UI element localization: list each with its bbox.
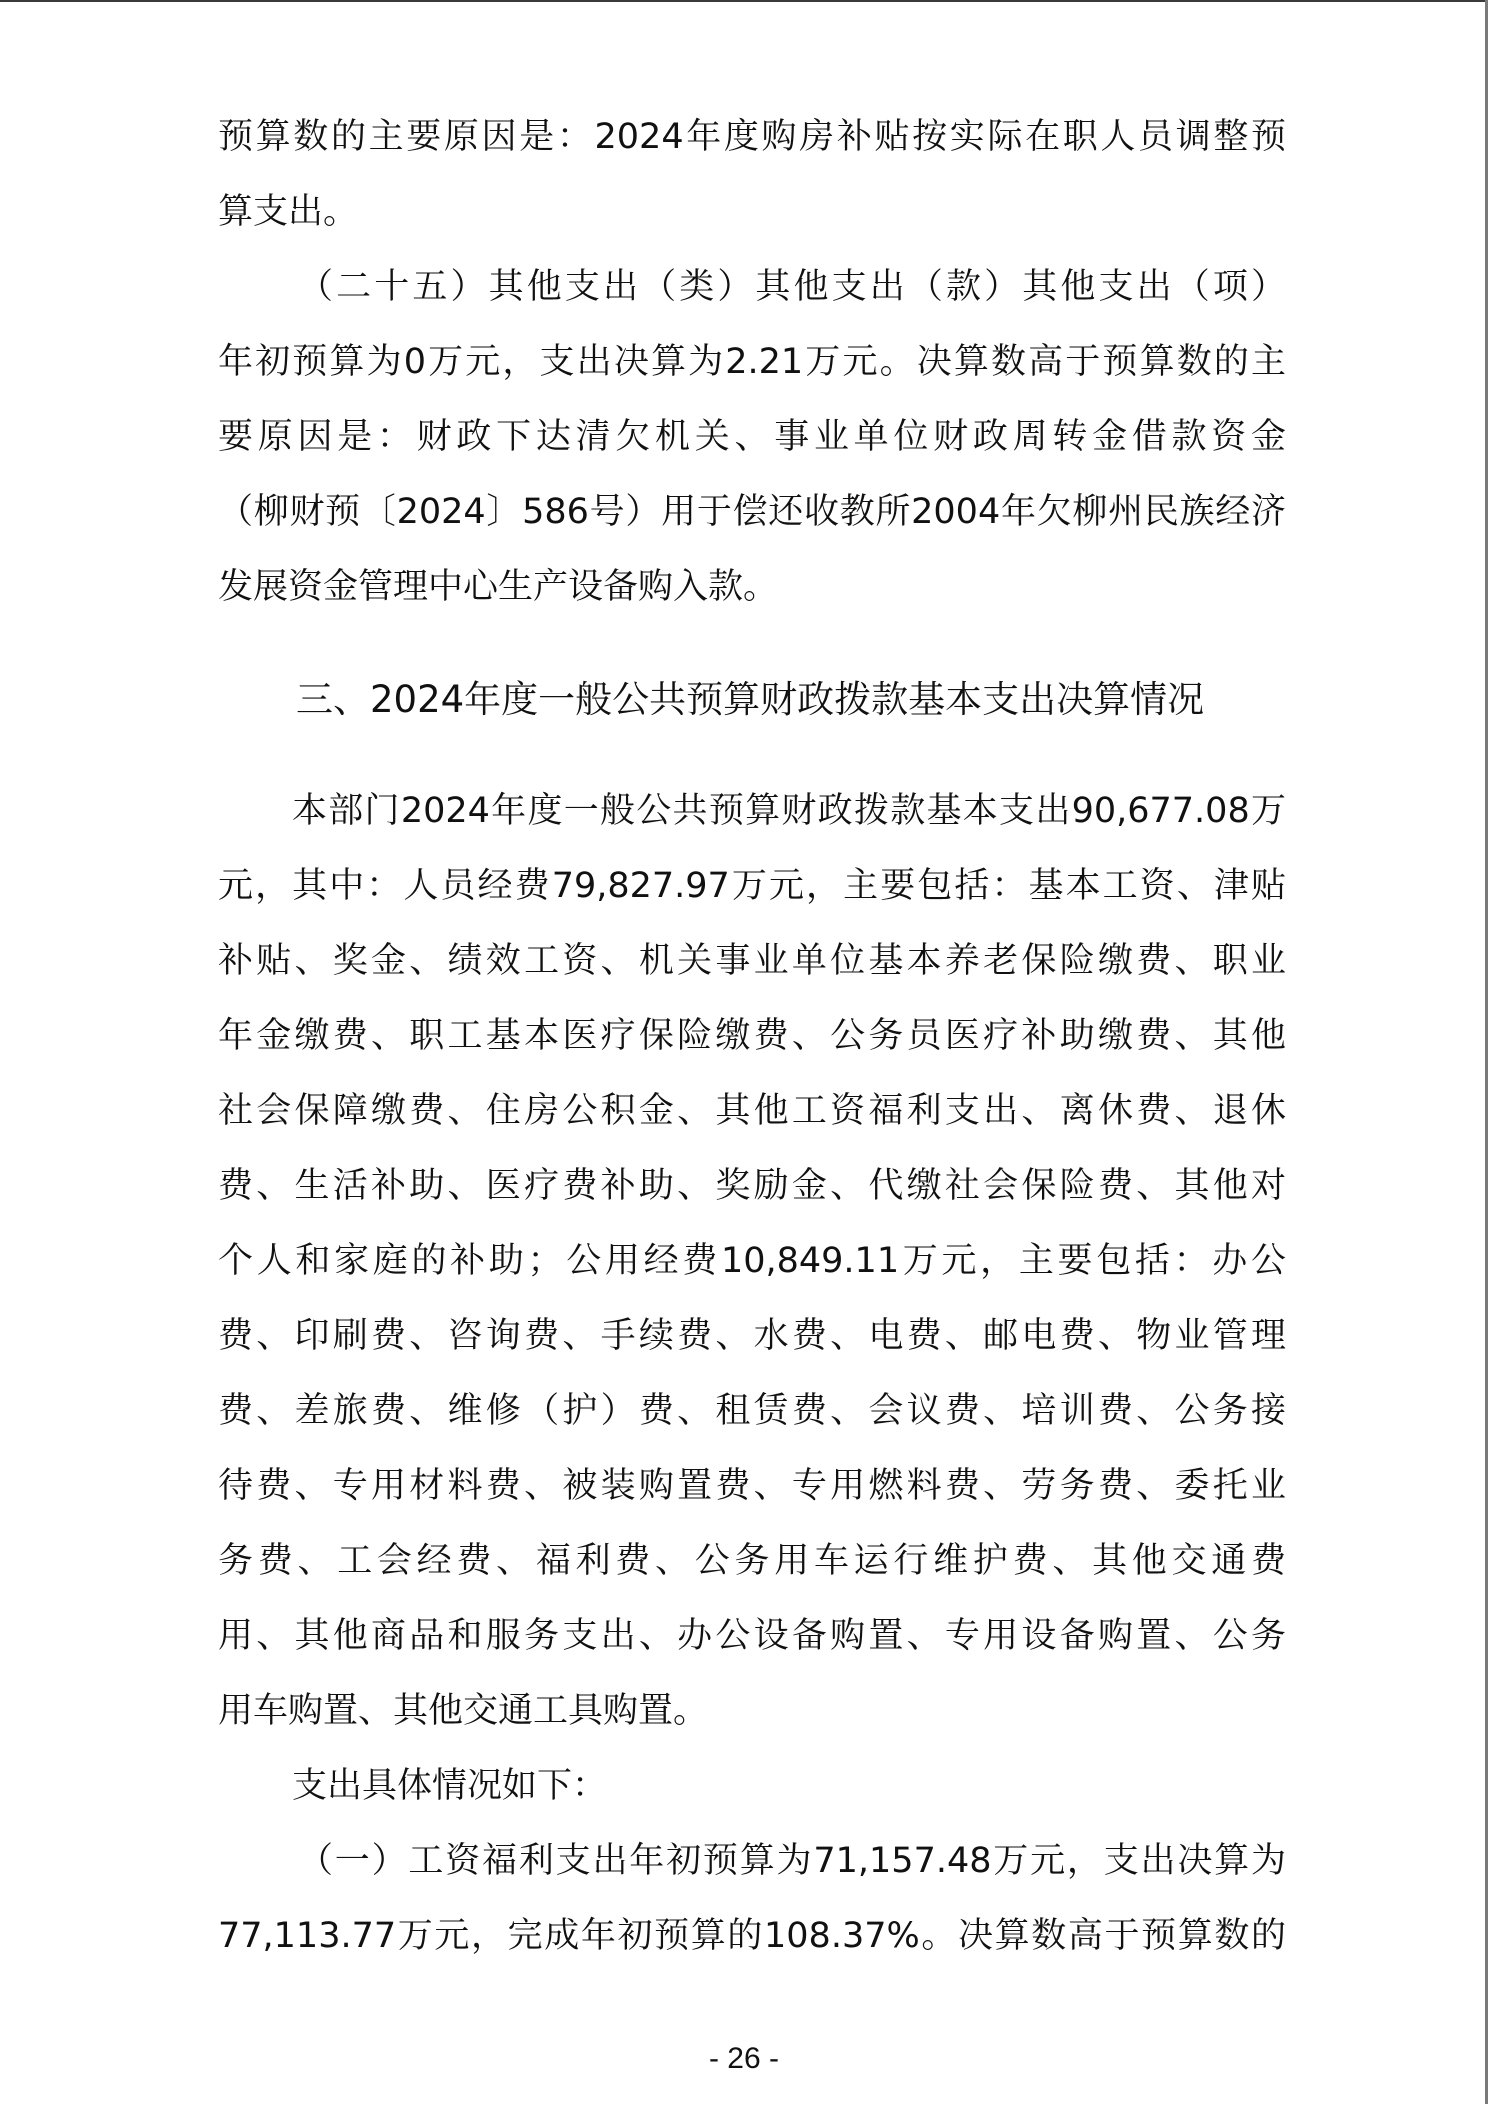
- text-line: 费、差旅费、维修（护）费、租赁费、会议费、培训费、公务接: [218, 1374, 1286, 1449]
- document-body: 预算数的主要原因是：2024年度购房补贴按实际在职人员调整预 算支出。 （二十五…: [218, 100, 1286, 1974]
- text-line: 用、其他商品和服务支出、办公设备购置、专用设备购置、公务: [218, 1599, 1286, 1674]
- section-heading: 三、2024年度一般公共预算财政拨款基本支出决算情况: [218, 662, 1286, 737]
- paragraph-basic-expenditure: 本部门2024年度一般公共预算财政拨款基本支出90,677.08万 元，其中：人…: [218, 774, 1286, 1749]
- page-border-top: [0, 0, 1488, 2]
- text-line: 算支出。: [218, 175, 1286, 250]
- text-line: 费、印刷费、咨询费、手续费、水费、电费、邮电费、物业管理: [218, 1299, 1286, 1374]
- text-line: 发展资金管理中心生产设备购入款。: [218, 550, 1286, 625]
- text-line: 务费、工会经费、福利费、公务用车运行维护费、其他交通费: [218, 1524, 1286, 1599]
- text-line: 年金缴费、职工基本医疗保险缴费、公务员医疗补助缴费、其他: [218, 999, 1286, 1074]
- text-line: （一）工资福利支出年初预算为71,157.48万元，支出决算为: [218, 1824, 1286, 1899]
- text-line: 社会保障缴费、住房公积金、其他工资福利支出、离休费、退休: [218, 1074, 1286, 1149]
- text-line: （柳财预〔2024〕586号）用于偿还收教所2004年欠柳州民族经济: [218, 475, 1286, 550]
- text-line: 要原因是：财政下达清欠机关、事业单位财政周转金借款资金: [218, 400, 1286, 475]
- text-line: 个人和家庭的补助；公用经费10,849.11万元，主要包括：办公: [218, 1224, 1286, 1299]
- text-line: （二十五）其他支出（类）其他支出（款）其他支出（项）: [218, 250, 1286, 325]
- page-number: - 26 -: [0, 2042, 1488, 2076]
- text-line: 用车购置、其他交通工具购置。: [218, 1674, 1286, 1749]
- text-line: 77,113.77万元，完成年初预算的108.37%。决算数高于预算数的: [218, 1899, 1286, 1974]
- paragraph-25-other-expenditure: （二十五）其他支出（类）其他支出（款）其他支出（项） 年初预算为0万元，支出决算…: [218, 250, 1286, 625]
- details-intro: 支出具体情况如下：: [218, 1749, 1286, 1824]
- text-line: 待费、专用材料费、被装购置费、专用燃料费、劳务费、委托业: [218, 1449, 1286, 1524]
- text-line: 元，其中：人员经费79,827.97万元，主要包括：基本工资、津贴: [218, 849, 1286, 924]
- paragraph-item-1-wages: （一）工资福利支出年初预算为71,157.48万元，支出决算为 77,113.7…: [218, 1824, 1286, 1974]
- text-line: 补贴、奖金、绩效工资、机关事业单位基本养老保险缴费、职业: [218, 924, 1286, 999]
- text-line: 预算数的主要原因是：2024年度购房补贴按实际在职人员调整预: [218, 100, 1286, 175]
- text-line: 本部门2024年度一般公共预算财政拨款基本支出90,677.08万: [218, 774, 1286, 849]
- paragraph-24-tail: 预算数的主要原因是：2024年度购房补贴按实际在职人员调整预 算支出。: [218, 100, 1286, 250]
- text-line: 年初预算为0万元，支出决算为2.21万元。决算数高于预算数的主: [218, 325, 1286, 400]
- text-line: 费、生活补助、医疗费补助、奖励金、代缴社会保险费、其他对: [218, 1149, 1286, 1224]
